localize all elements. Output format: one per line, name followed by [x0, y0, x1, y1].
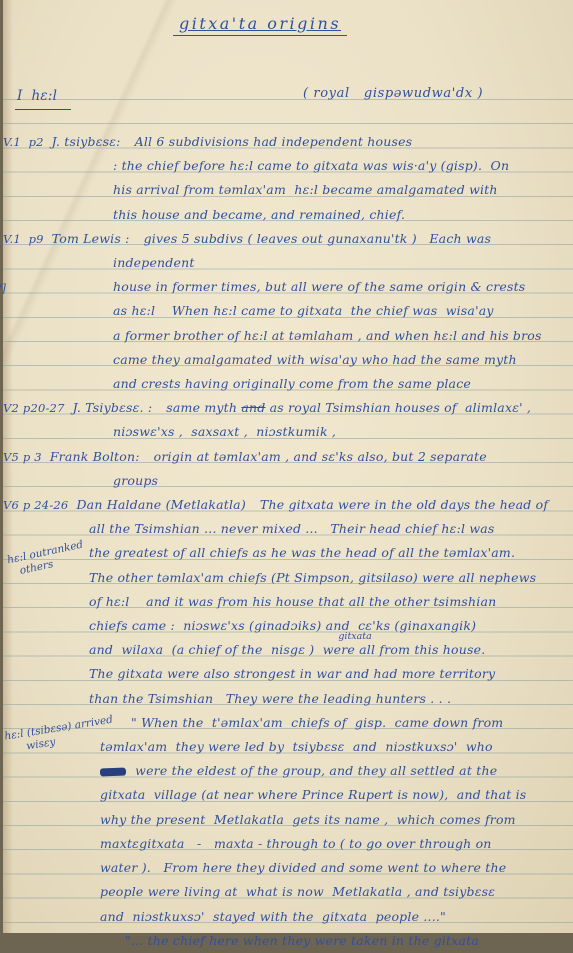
entry-body: All 6 subdivisions had independent house… [113, 134, 509, 222]
entry-citation: V6 p 24-26 [3, 498, 68, 512]
manuscript-page: gitxa'ta origins I hɛ:l ( royal gispəwud… [3, 0, 573, 933]
entry-body: origin at təmlax'am , and sɛ'ks also, bu… [113, 449, 487, 488]
entry-citation: V2 p20-27 [3, 401, 65, 415]
entry-source: J. tsiybɛsɛ: [52, 134, 121, 149]
page-title: gitxa'ta origins [0, 14, 545, 33]
section-right-label: ( royal gispəwudwa'dx ) [303, 82, 483, 106]
entry-body: gives 5 subdivs ( leaves out gunaxanu'tk… [113, 231, 542, 391]
entry-source: Dan Haldane (Metlakatla) [76, 497, 245, 512]
entry-tsiybese-v2p20: V2 p20-27J. Tsiybɛsɛ. :same myth and as … [3, 396, 573, 444]
quote-text: were the eldest of the group, and they a… [100, 763, 526, 923]
final-quote-line: "... the chief here when they were taken… [3, 929, 573, 933]
entry-danhaldane-v6p24: V6 p 24-26Dan Haldane (Metlakatla)The gi… [3, 493, 573, 711]
entry-source: Tom Lewis : [52, 231, 130, 246]
entry-source: Frank Bolton: [50, 449, 140, 464]
annotated-phrase: gitxatathis house. [414, 642, 485, 657]
entry-tsiybese-v1p2: V.1 p2J. tsiybɛsɛ:All 6 subdivisions had… [3, 130, 573, 227]
entry-body: The gitxata were also strongest in war a… [89, 666, 495, 705]
entries-flow: V.1 p2J. tsiybɛsɛ:All 6 subdivisions had… [3, 130, 573, 933]
struck-out-word: and [241, 400, 265, 415]
entry-body: same myth [166, 400, 241, 415]
scribbled-out-word [100, 768, 126, 777]
entry-body: The gitxata were in the old days the hea… [89, 497, 548, 657]
entry-tomlewis-v1p9: V.1 p9Tom Lewis :gives 5 subdivs ( leave… [3, 227, 573, 396]
entry-source: J. Tsiybɛsɛ. : [73, 400, 153, 415]
page-title-text: gitxa'ta origins [173, 14, 347, 36]
quote-text: " When the t'əmlax'am chiefs of gisp. ca… [100, 715, 503, 754]
entry-citation: V5 p 3 [3, 450, 42, 464]
entry-citation: V.1 p9 [3, 232, 44, 246]
entry-body: this house. [414, 642, 485, 657]
entry-frankbolton-v5p3: V5 p 3Frank Bolton:origin at təmlax'am ,… [3, 445, 573, 493]
entry-citation: V.1 p2 [3, 135, 44, 149]
section-label: I hɛ:l [15, 84, 71, 110]
section-heading-row: I hɛ:l ( royal gispəwudwa'dx ) [3, 84, 573, 109]
